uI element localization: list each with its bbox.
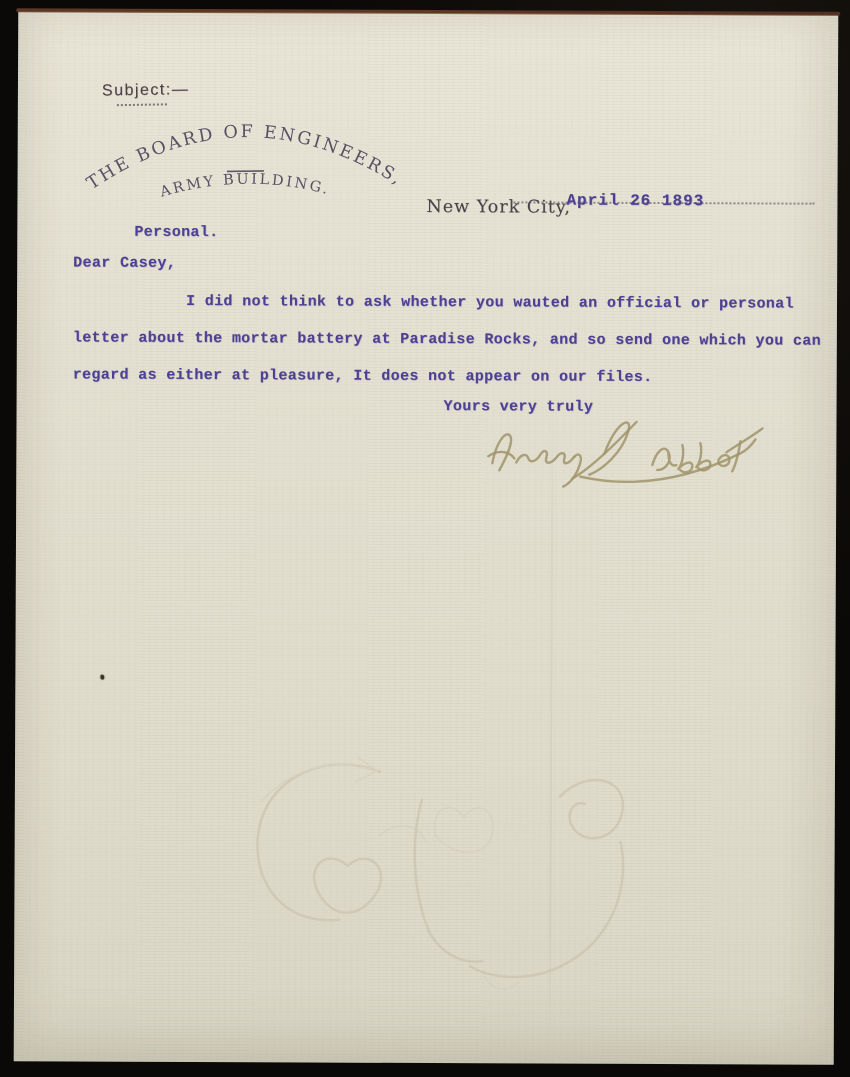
body-line: I did not think to ask whether you waute… [186,293,794,313]
signature-path [726,428,762,452]
signature-path [678,445,692,472]
signature-path [488,452,514,458]
watermark-heart [314,858,381,912]
watermark-scroll [560,780,623,839]
subject-label: Subject:— [102,81,190,100]
signature-henry-l-abbot [484,411,774,494]
watermark-arrow [262,757,377,802]
scanner-background: Subject:— THE BOARD OF ENGINEERS, ARMY B… [0,0,850,1077]
salutation: Dear Casey, [73,254,176,271]
body-line: letter about the mortar battery at Parad… [73,329,821,349]
letterhead-arch: THE BOARD OF ENGINEERS, ARMY BUILDING. [79,100,410,204]
date-value: April 26 1893 [566,192,704,211]
watermark-loop [434,808,493,853]
watermark-ornament [229,739,650,1026]
watermark-curl [380,826,426,842]
letter-paper: Subject:— THE BOARD OF ENGINEERS, ARMY B… [14,11,839,1065]
org-address-arc-text: ARMY BUILDING. [157,171,332,201]
signature-path [516,451,574,463]
ink-speck [100,675,104,680]
watermark-stem [414,800,483,962]
watermark-tail [470,841,623,977]
body-line: regard as either at pleasure, It does no… [73,366,653,386]
privacy-note: Personal. [134,224,218,241]
signature-path [652,449,676,470]
place-label: New York City, [426,197,571,218]
watermark-curl-bottom [485,977,518,988]
